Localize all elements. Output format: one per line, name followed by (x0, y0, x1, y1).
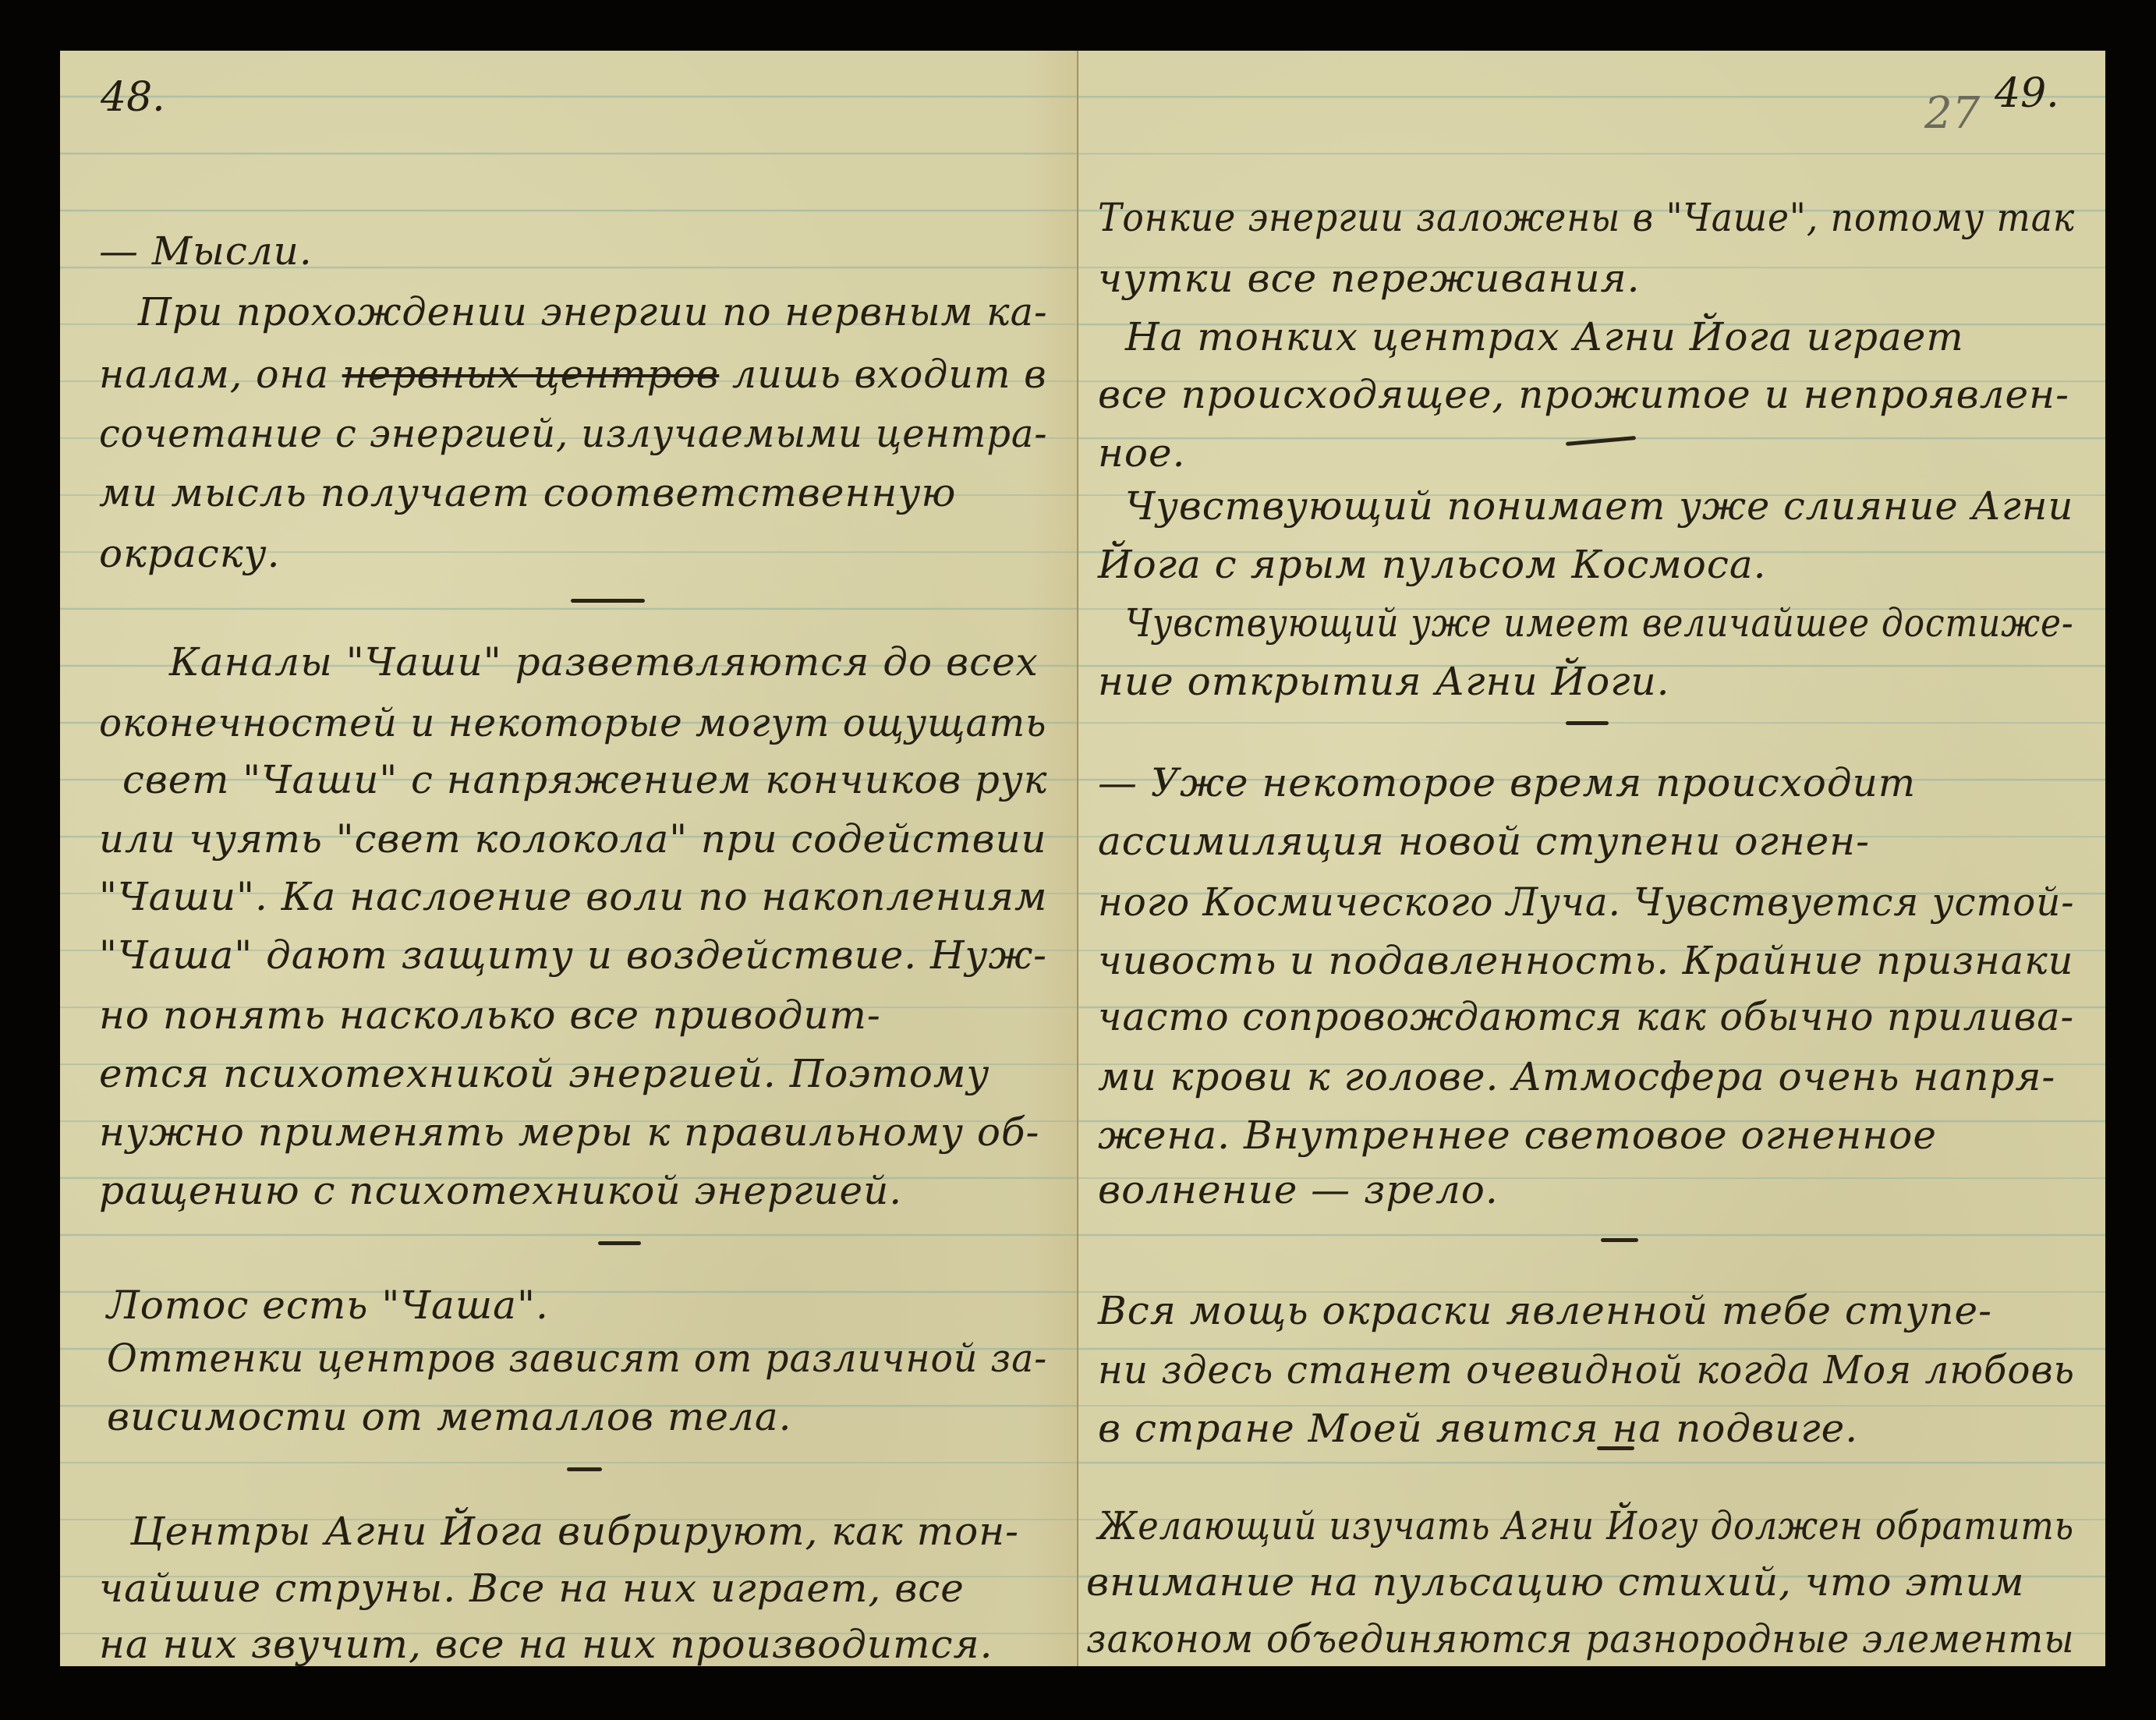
text-line: чайшие струны. Все на них играет, все (99, 1566, 965, 1611)
text-line: Каналы "Чаши" разветвляются до всех (169, 639, 1039, 685)
text-line: но понять насколько все приводит- (99, 993, 881, 1038)
right-page: 27 49. Тонкие энергии заложены в "Чаше",… (1078, 51, 2105, 1666)
left-page: 48. — Мысли. При прохождении энергии по … (60, 51, 1078, 1666)
text-line: ного Космического Луча. Чувствуется усто… (1098, 879, 2075, 925)
text-line: Центры Агни Йога вибрируют, как тон- (130, 1509, 1019, 1554)
text-line: ется психотехникой энергией. Поэтому (99, 1051, 989, 1096)
notebook-spread: 48. — Мысли. При прохождении энергии по … (60, 51, 2105, 1666)
text-fragment: лишь входит в (732, 352, 1047, 397)
text-line: чивость и подавленность. Крайние признак… (1098, 938, 2073, 983)
page-number-left: 48. (101, 74, 165, 121)
page-number-right: 49. (1995, 70, 2059, 117)
text-line: или чуять "свет колокола" при содействии (99, 816, 1047, 862)
text-line: жена. Внутреннее световое огненное (1098, 1113, 1937, 1158)
text-line: ни здесь станет очевидной когда Моя любо… (1098, 1347, 2075, 1393)
text-line: На тонких центрах Агни Йога играет (1125, 314, 1964, 359)
text-line: "Чаши". Ка наслоение воли по накоплениям (99, 874, 1047, 919)
text-line: чутки все переживания. (1098, 256, 1641, 301)
text-line: на них звучит, все на них производится. (99, 1622, 993, 1666)
text-line: налам, она нервных центров лишь входит в (99, 352, 1047, 397)
text-line: ми мысль получает соответственную (99, 470, 956, 515)
text-line: в стране Моей явится на подвиге. (1098, 1406, 1858, 1451)
text-line: Вся мощь окраски явленной тебе ступе- (1098, 1288, 1992, 1333)
text-line: Чувствующий понимает уже слияние Агни (1125, 483, 2073, 529)
text-line: сочетание с энергией, излучаемыми центра… (99, 411, 1048, 456)
text-line: часто сопровождаются как обычно прилива- (1098, 994, 2074, 1039)
text-line: При прохождении энергии по нервным ка- (138, 289, 1048, 334)
text-line: внимание на пульсацию стихий, что этим (1086, 1559, 2024, 1605)
text-line: все происходящее, прожитое и непроявлен- (1098, 372, 2069, 417)
text-line: ращению с психотехникой энергией. (99, 1168, 902, 1213)
section-divider (1566, 721, 1609, 725)
text-line: нужно применять меры к правильному об- (99, 1110, 1039, 1155)
text-line: Чувствующий уже имеет величайшее достиже… (1125, 600, 2074, 646)
text-line: ассимиляция новой ступени огнен- (1098, 819, 1870, 864)
section-divider (598, 1241, 641, 1245)
text-line: законом объединяются разнородные элемент… (1086, 1616, 2074, 1662)
struck-text: нервных центров (342, 352, 720, 397)
text-line: волнение — зрело. (1098, 1167, 1499, 1212)
text-line: — Уже некоторое время происходит (1098, 760, 1916, 805)
text-line: ми крови к голове. Атмосфера очень напря… (1098, 1054, 2055, 1099)
text-line: висимости от металлов тела. (107, 1394, 792, 1439)
text-line: ние открытия Агни Йоги. (1098, 659, 1670, 704)
section-divider (567, 1467, 602, 1471)
text-line: оконечностей и некоторые могут ощущать (99, 700, 1046, 745)
text-line: Тонкие энергии заложены в "Чаше", потому… (1098, 195, 2075, 240)
section-divider (1597, 1446, 1634, 1450)
text-line: Лотос есть "Чаша". (107, 1283, 549, 1328)
text-line: Йога с ярым пульсом Космоса. (1098, 542, 1767, 587)
text-fragment: налам, она (99, 352, 329, 397)
text-line: — Мысли. (99, 228, 313, 274)
text-line: Оттенки центров зависят от различной за- (107, 1336, 1047, 1381)
text-line: окраску. (99, 531, 281, 576)
text-line: свет "Чаши" с напряжением кончиков рук (122, 757, 1047, 802)
text-line: "Чаша" дают защиту и воздействие. Нуж- (99, 933, 1047, 978)
section-divider (1601, 1238, 1638, 1242)
text-line: Желающий изучать Агни Йогу должен обрати… (1098, 1503, 2074, 1548)
text-line: ное. (1098, 430, 1186, 476)
section-divider (571, 599, 645, 603)
pencil-folio-number: 27 (1924, 88, 1980, 139)
